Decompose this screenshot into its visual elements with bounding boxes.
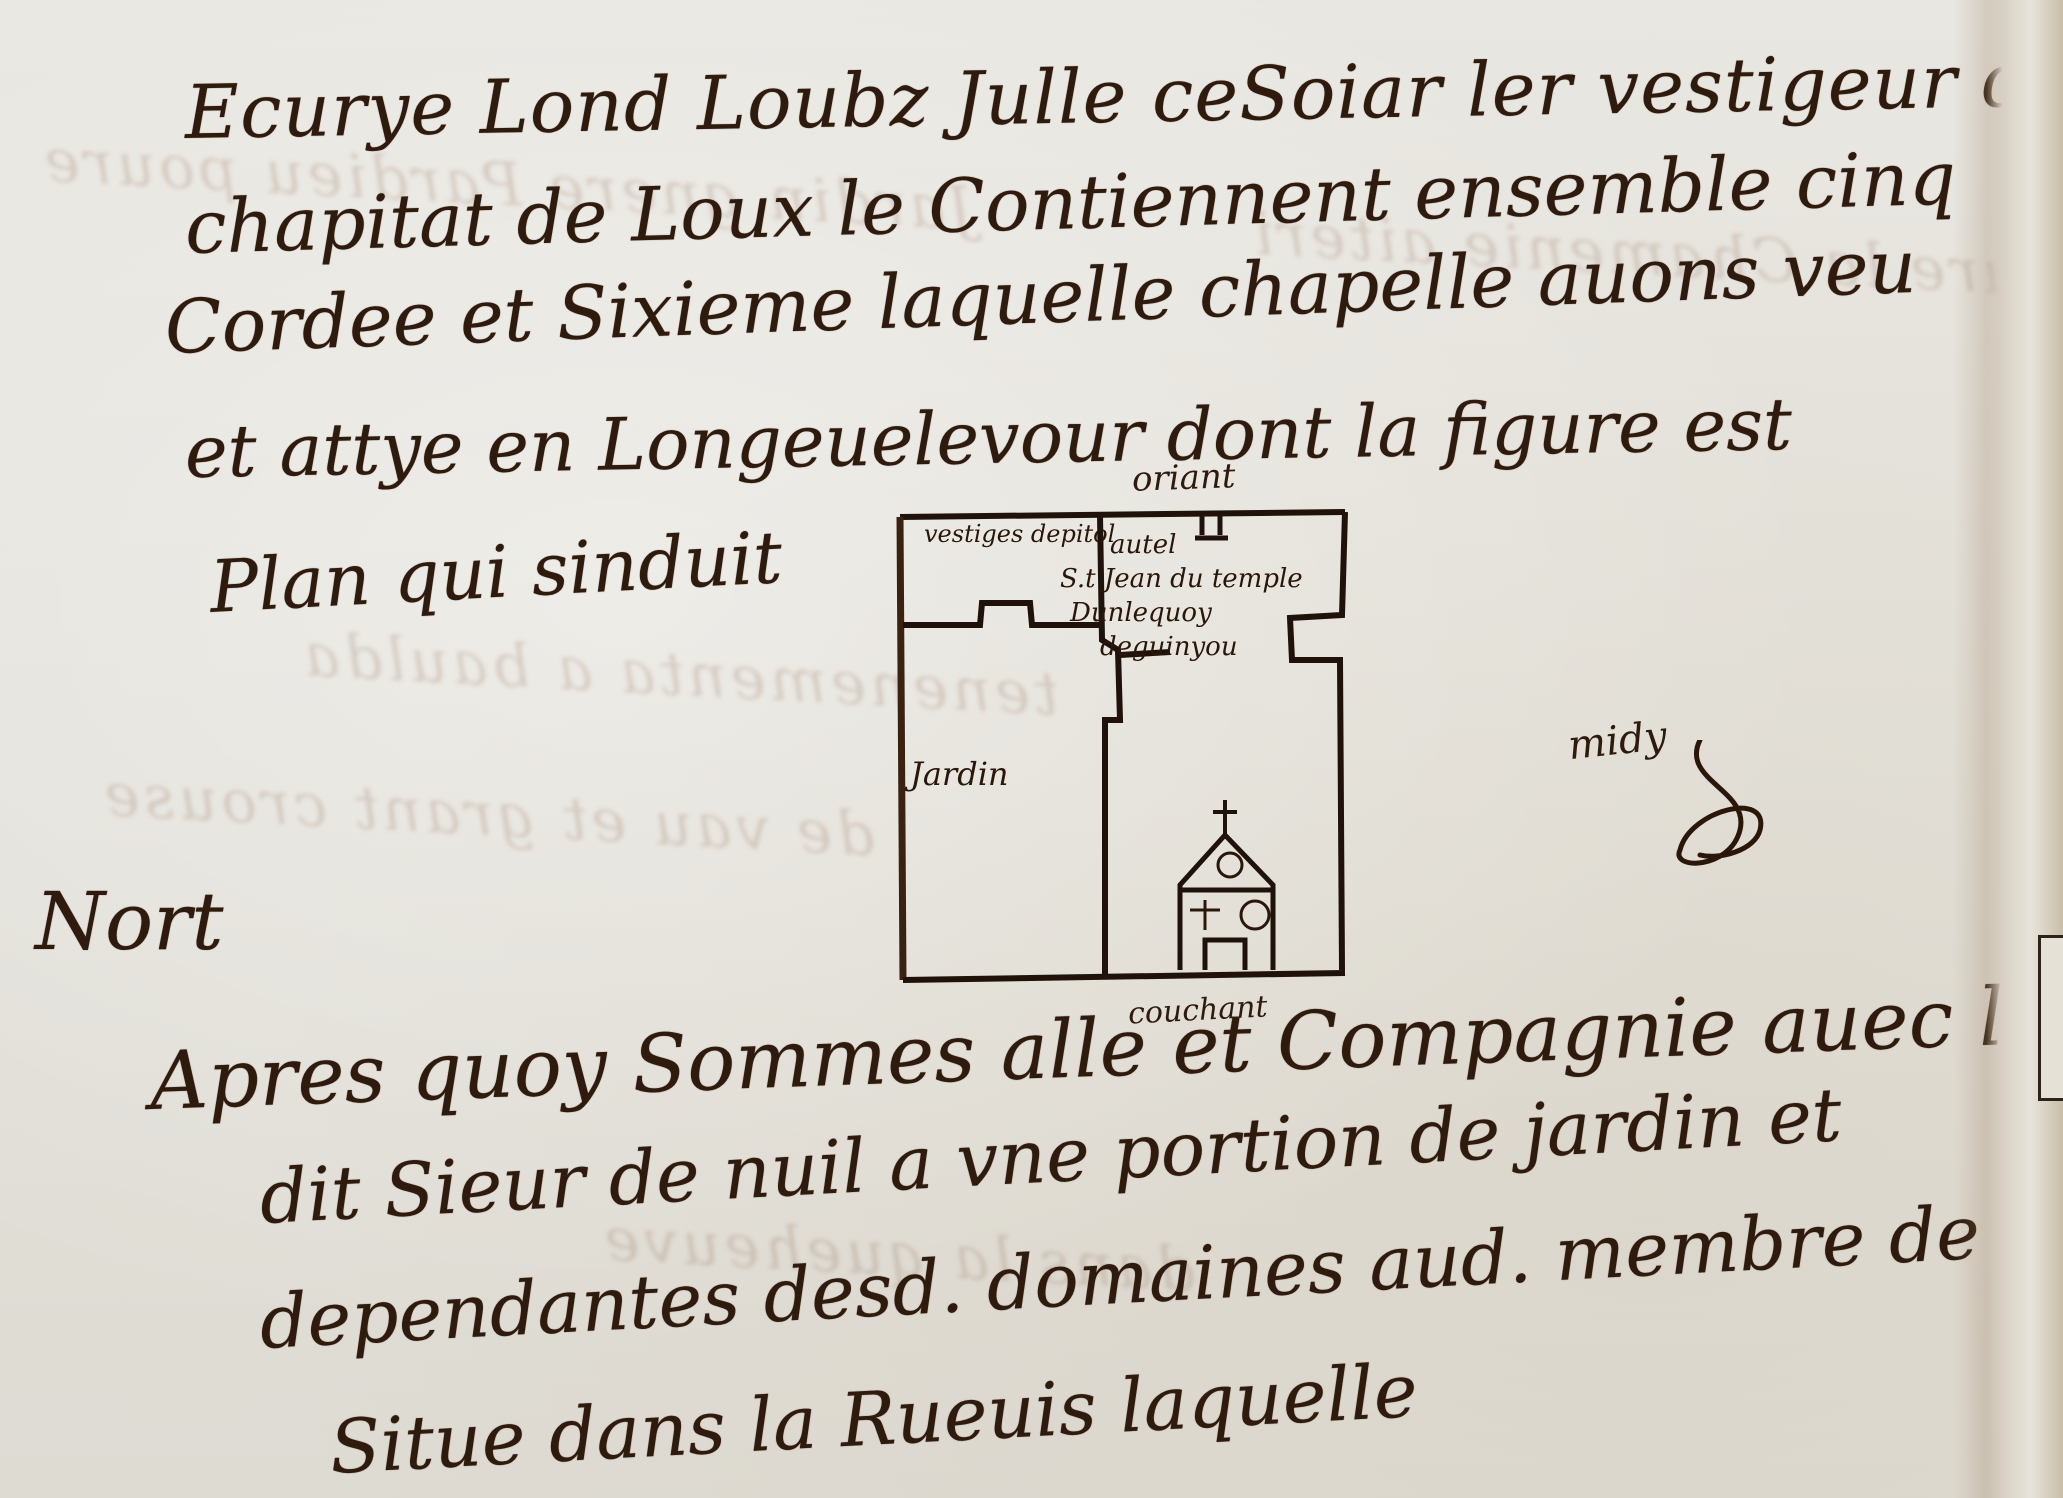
- manuscript-line-1: Ecurye Lond Loubz Julle ceSoiar ler vest…: [184, 37, 2063, 156]
- site-plan-diagram: vestiges depitol autel S.t Jean du templ…: [880, 470, 1360, 990]
- plan-label-autel-2: S.t Jean du temple: [1060, 562, 1303, 596]
- manuscript-line-10: Situe dans la Rueuis laquelle: [328, 1348, 1420, 1491]
- bleed-through-text: de vau et grant crouse: [99, 760, 877, 870]
- manuscript-line-5: Plan qui sinduit: [208, 515, 784, 629]
- plan-label-jardin: Jardin: [910, 755, 1009, 793]
- flourish-icon: [1660, 740, 1780, 890]
- page-edge: [1953, 0, 2063, 1498]
- plan-label-autel-3: Dunlequoy: [1070, 596, 1303, 630]
- compass-label-couchant: couchant: [1127, 989, 1268, 1031]
- plan-label-autel-1: autel: [1090, 528, 1303, 562]
- plan-label-autel-4: deguinyou: [1090, 630, 1303, 664]
- manuscript-page: Jardin gnere Pardieu poure tenenementa a…: [0, 0, 2063, 1498]
- page-tab: [2038, 935, 2063, 1101]
- chapel-facade-icon: [1180, 800, 1273, 970]
- compass-label-nort: Nort: [35, 875, 224, 968]
- compass-label-midy: midy: [1566, 713, 1669, 769]
- plan-label-autel: autel S.t Jean du temple Dunlequoy degui…: [1090, 528, 1303, 664]
- plan-label-vestiges: vestiges depitol: [924, 518, 1115, 550]
